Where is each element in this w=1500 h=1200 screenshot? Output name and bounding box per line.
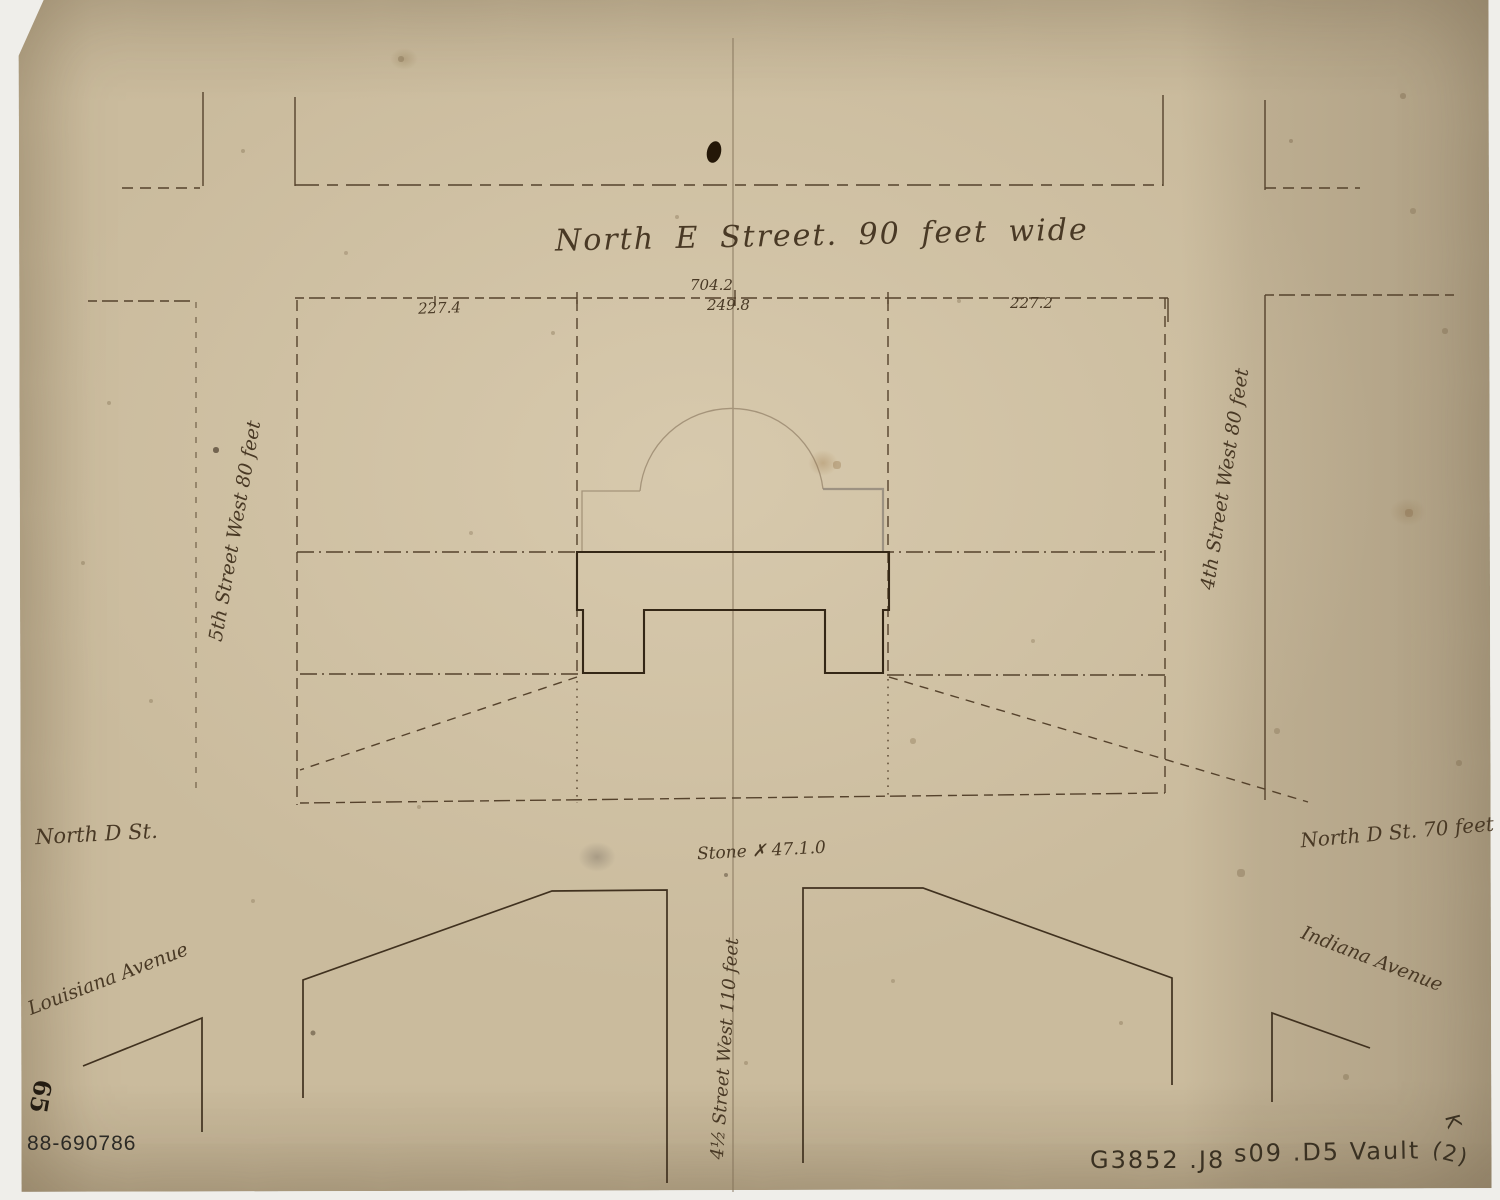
- call-number-part1: G3852 .J8: [1090, 1146, 1225, 1174]
- negative-number-stamp: 88-690786: [27, 1132, 136, 1156]
- scanned-map-page: North E Street. 90 feet wide 5th Street …: [0, 0, 1500, 1200]
- map-overlay: North E Street. 90 feet wide 5th Street …: [0, 0, 1500, 1200]
- left-edge-mark: 65: [24, 1078, 58, 1116]
- paper-speckles: [0, 0, 2, 2]
- measurement-227-4: 227.4: [418, 298, 462, 317]
- measurement-249-8: 249.8: [707, 296, 750, 314]
- call-number-part2: s09 .D5 Vault: [1234, 1136, 1421, 1167]
- measurement-704-2: 704.2: [690, 276, 733, 294]
- measurement-227-2: 227.2: [1010, 294, 1053, 312]
